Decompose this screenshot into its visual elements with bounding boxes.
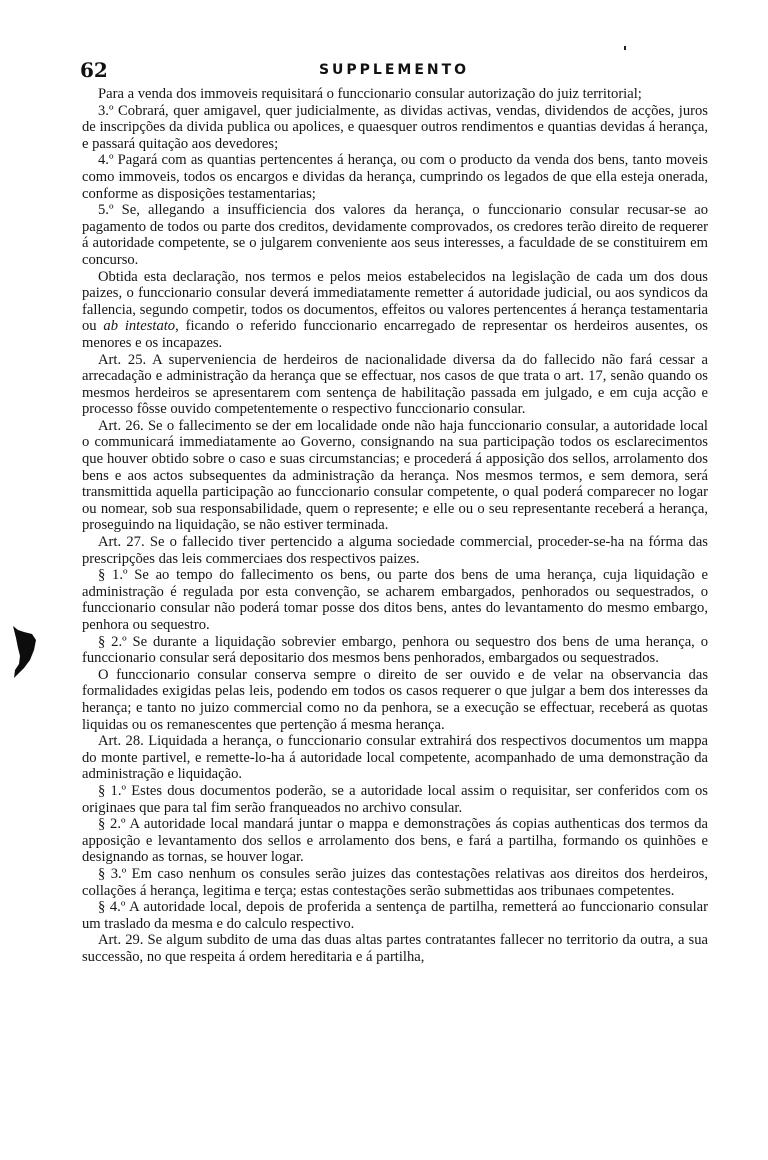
- article-29: Art. 29. Se algum subdito de uma das dua…: [82, 932, 708, 965]
- latin-phrase: ab intestato: [103, 318, 175, 334]
- section-paragraph: § 2.º A autoridade local mandará juntar …: [82, 816, 708, 866]
- running-head: SUPPLEMENTO: [80, 62, 708, 78]
- paragraph: Obtida esta declaração, nos termos e pel…: [82, 269, 708, 352]
- paragraph: O funccionario consular conserva sempre …: [82, 667, 708, 733]
- page-header: 62 SUPPLEMENTO: [80, 58, 708, 82]
- section-paragraph: § 4.º A autoridade local, depois de prof…: [82, 899, 708, 932]
- section-paragraph: § 1.º Se ao tempo do fallecimento os ben…: [82, 567, 708, 633]
- section-paragraph: § 3.º Em caso nenhum os consules serão j…: [82, 866, 708, 899]
- section-paragraph: § 2.º Se durante a liquidação sobrevier …: [82, 634, 708, 667]
- ink-blot-icon: [10, 620, 40, 680]
- article-28: Art. 28. Liquidada a herança, o funccion…: [82, 733, 708, 783]
- ink-speck: [624, 46, 626, 50]
- paragraph-text: , ficando o referido funccionario encarr…: [82, 318, 708, 351]
- article-26: Art. 26. Se o fallecimento se der em loc…: [82, 418, 708, 534]
- body-text: Para a venda dos immoveis requisitará o …: [82, 86, 708, 965]
- paragraph: 3.º Cobrará, quer amigavel, quer judicia…: [82, 103, 708, 153]
- paragraph: 4.º Pagará com as quantias pertencentes …: [82, 152, 708, 202]
- article-25: Art. 25. A superveniencia de herdeiros d…: [82, 352, 708, 418]
- paragraph: Para a venda dos immoveis requisitará o …: [82, 86, 708, 103]
- article-27: Art. 27. Se o fallecido tiver pertencido…: [82, 534, 708, 567]
- scanned-page: 62 SUPPLEMENTO Para a venda dos immoveis…: [0, 0, 768, 1160]
- section-paragraph: § 1.º Estes dous documentos poderão, se …: [82, 783, 708, 816]
- paragraph: 5.º Se, allegando a insufficiencia dos v…: [82, 202, 708, 268]
